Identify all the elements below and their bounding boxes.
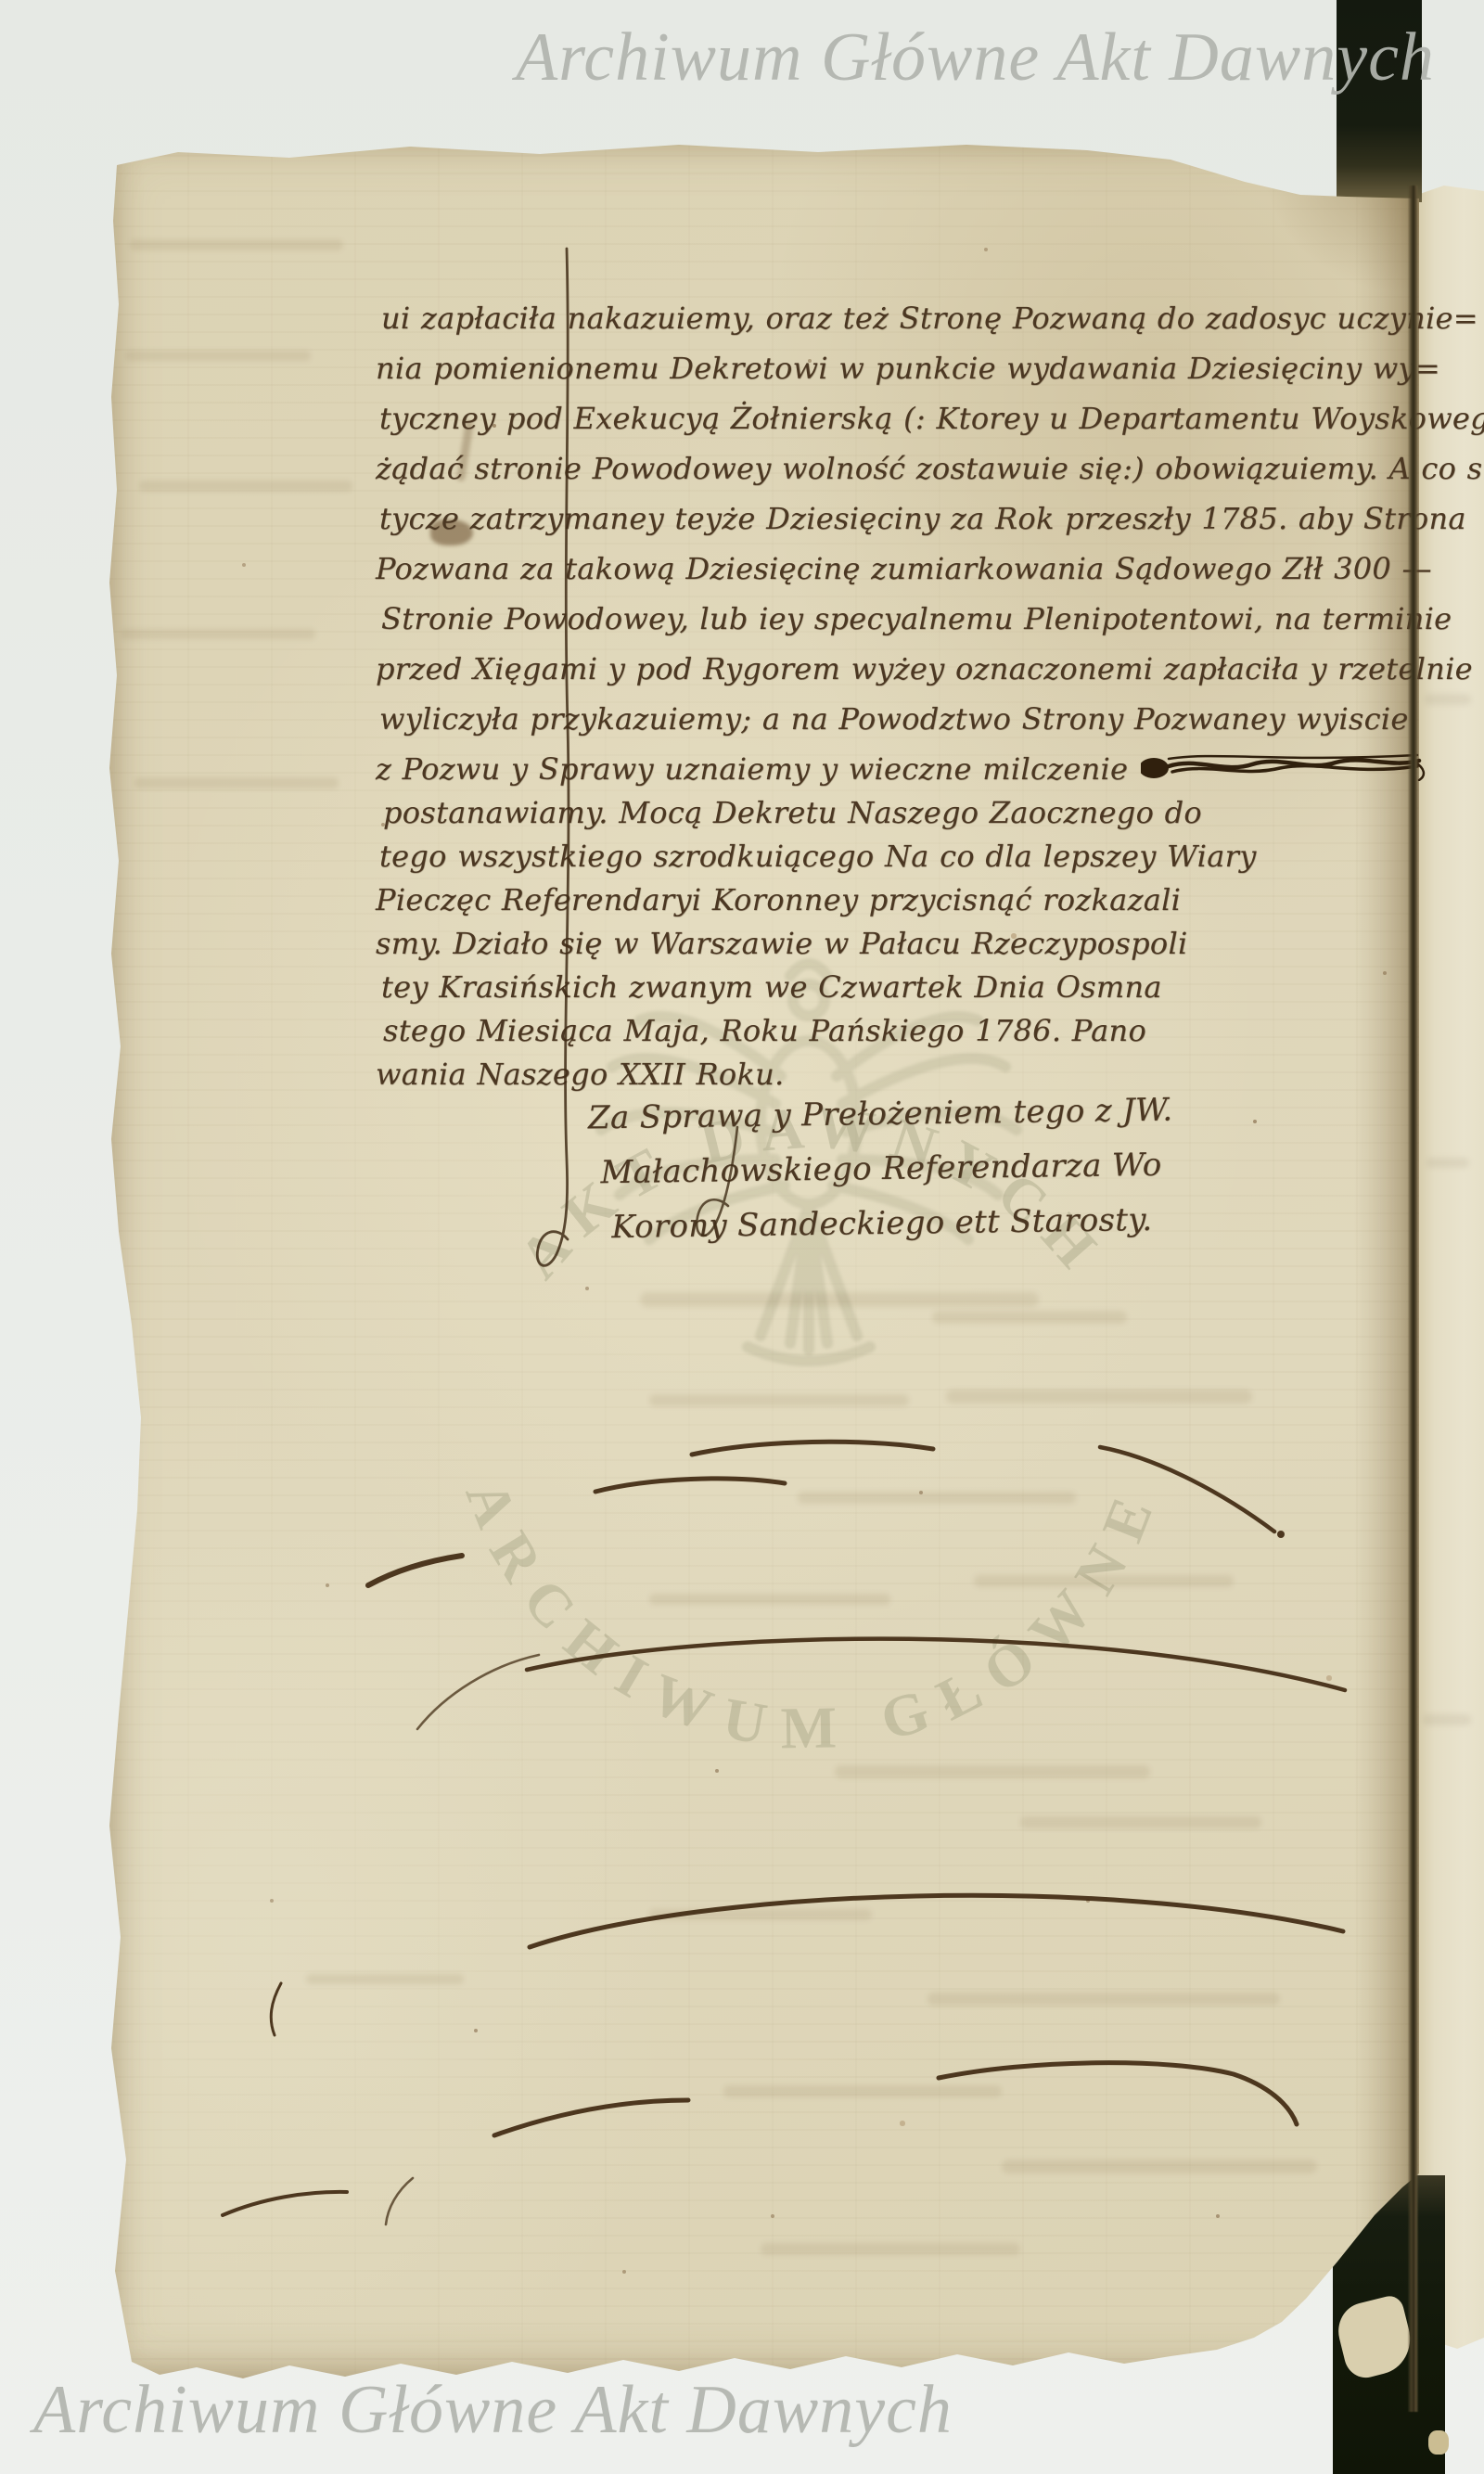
bleedthrough-streak xyxy=(927,1993,1280,2006)
manuscript-line-text: z Pozwu y Sprawy uznaiemy y wieczne milc… xyxy=(376,751,1128,787)
manuscript-line-text: Małachowskiego Referendarza Wo xyxy=(600,1147,1162,1191)
bleedthrough-streak xyxy=(974,1575,1234,1587)
bleedthrough-streak xyxy=(1020,1816,1261,1828)
manuscript-line-text: postanawiamy. Mocą Dekretu Naszego Zaocz… xyxy=(383,795,1202,830)
bleedthrough-streak xyxy=(649,1394,909,1406)
manuscript-line-text: wyliczyła przykazuiemy; a na Powodztwo S… xyxy=(379,701,1409,737)
bleedthrough-streak xyxy=(932,1311,1127,1324)
manuscript-line-text: Stronie Powodowey, lub iey specyalnemu P… xyxy=(381,601,1452,636)
manuscript-line-text: tycze zatrzymaney teyże Dziesięciny za R… xyxy=(379,501,1466,536)
manuscript-line: wyliczyła przykazuiemy; a na Powodztwo S… xyxy=(376,694,1424,744)
gutter-groove xyxy=(1408,186,1418,2412)
watermark-top: Archiwum Główne Akt Dawnych xyxy=(516,19,1435,97)
bleedthrough-streak xyxy=(723,2085,1002,2097)
crossed-out-word xyxy=(1141,750,1428,793)
manuscript-line: tycze zatrzymaney teyże Dziesięciny za R… xyxy=(376,494,1424,544)
manuscript-line: żądać stronie Powodowey wolność zostawui… xyxy=(376,443,1424,494)
scanned-document: ARCHIWUM GŁÓWNE AKT DAWNYCH ui zapłacił xyxy=(0,0,1484,2474)
manuscript-line-text: tego wszystkiego szrodkuiącego Na co dla… xyxy=(379,839,1257,874)
bleedthrough-streak xyxy=(1002,2160,1317,2173)
manuscript-line: stego Miesiąca Maja, Roku Pańskiego 1786… xyxy=(376,1009,1424,1053)
manuscript-line: Małachowskiego Referendarza Wo xyxy=(584,1138,1179,1201)
watermark-bottom: Archiwum Główne Akt Dawnych xyxy=(33,2371,953,2450)
manuscript-line-text: żądać stronie Powodowey wolność zostawui… xyxy=(376,451,1484,486)
manuscript-line-text: smy. Działo się w Warszawie w Pałacu Rze… xyxy=(376,926,1188,961)
bleedthrough-streak xyxy=(798,1492,1076,1504)
bleedthrough-streak xyxy=(139,481,352,492)
manuscript-line-text: Pieczęc Referendaryi Koronney przycisnąć… xyxy=(376,882,1181,917)
bleedthrough-streak xyxy=(640,1292,1039,1307)
manuscript-line: przed Xięgami y pod Rygorem wyżey oznacz… xyxy=(376,644,1424,694)
bleedthrough-streak xyxy=(1426,1158,1469,1168)
manuscript-line: postanawiamy. Mocą Dekretu Naszego Zaocz… xyxy=(376,791,1424,835)
manuscript-line: Pieczęc Referendaryi Koronney przycisnąć… xyxy=(376,878,1424,922)
manuscript-line-text: nia pomienionemu Dekretowi w punkcie wyd… xyxy=(376,351,1440,386)
manuscript-line: Pozwana za takową Dziesięcinę zumiarkowa… xyxy=(376,544,1424,594)
manuscript-line-text: wania Naszego XXII Roku. xyxy=(376,1057,785,1092)
bleedthrough-streak xyxy=(761,2243,1020,2255)
bleedthrough-streak xyxy=(649,1909,872,1920)
bleedthrough-streak xyxy=(125,351,311,361)
bleedthrough-streak xyxy=(134,777,339,788)
bleedthrough-streak xyxy=(946,1390,1252,1404)
bleedthrough-streak xyxy=(649,1594,890,1605)
manuscript-text: ui zapłaciła nakazuiemy, oraz też Stronę… xyxy=(376,293,1424,1096)
manuscript-line: Korony Sandeckiego ett Starosty. xyxy=(584,1193,1179,1256)
manuscript-line-text: Pozwana za takową Dziesięcinę zumiarkowa… xyxy=(376,551,1432,586)
manuscript-line-text: Korony Sandeckiego ett Starosty. xyxy=(611,1201,1153,1246)
manuscript-line-text: ui zapłaciła nakazuiemy, oraz też Stronę… xyxy=(381,301,1478,336)
bleedthrough-streak xyxy=(121,629,315,639)
manuscript-line-text: Za Sprawą y Prełożeniem tego z JW. xyxy=(588,1092,1173,1137)
manuscript-line: tego wszystkiego szrodkuiącego Na co dla… xyxy=(376,835,1424,878)
manuscript-line-text: stego Miesiąca Maja, Roku Pańskiego 1786… xyxy=(383,1013,1146,1048)
paper-curl xyxy=(1428,2430,1449,2455)
bleedthrough-streak xyxy=(1425,694,1471,705)
bleedthrough-streak xyxy=(130,239,343,250)
manuscript-line-text: przed Xięgami y pod Rygorem wyżey oznacz… xyxy=(376,651,1473,686)
manuscript-line-text: tey Krasińskich zwanym we Czwartek Dnia … xyxy=(381,969,1162,1005)
bleedthrough-streak xyxy=(1423,1714,1471,1725)
signature-block: Za Sprawą y Prełożeniem tego z JW. Małac… xyxy=(583,1083,1179,1256)
manuscript-line-text: tyczney pod Exekucyą Żołnierską (: Ktore… xyxy=(379,401,1484,436)
bleedthrough-streak xyxy=(306,1974,464,1984)
manuscript-line: z Pozwu y Sprawy uznaiemy y wieczne milc… xyxy=(376,748,1424,791)
manuscript-line: ui zapłaciła nakazuiemy, oraz też Stronę… xyxy=(376,293,1424,343)
manuscript-line: Stronie Powodowey, lub iey specyalnemu P… xyxy=(376,594,1424,644)
bleedthrough-streak xyxy=(835,1765,1150,1778)
manuscript-line: smy. Działo się w Warszawie w Pałacu Rze… xyxy=(376,922,1424,966)
manuscript-line: Za Sprawą y Prełożeniem tego z JW. xyxy=(583,1083,1178,1147)
manuscript-line: nia pomienionemu Dekretowi w punkcie wyd… xyxy=(376,343,1424,393)
manuscript-line: tyczney pod Exekucyą Żołnierską (: Ktore… xyxy=(376,393,1424,443)
paper-speckles xyxy=(104,137,106,139)
manuscript-line: tey Krasińskich zwanym we Czwartek Dnia … xyxy=(376,966,1424,1009)
